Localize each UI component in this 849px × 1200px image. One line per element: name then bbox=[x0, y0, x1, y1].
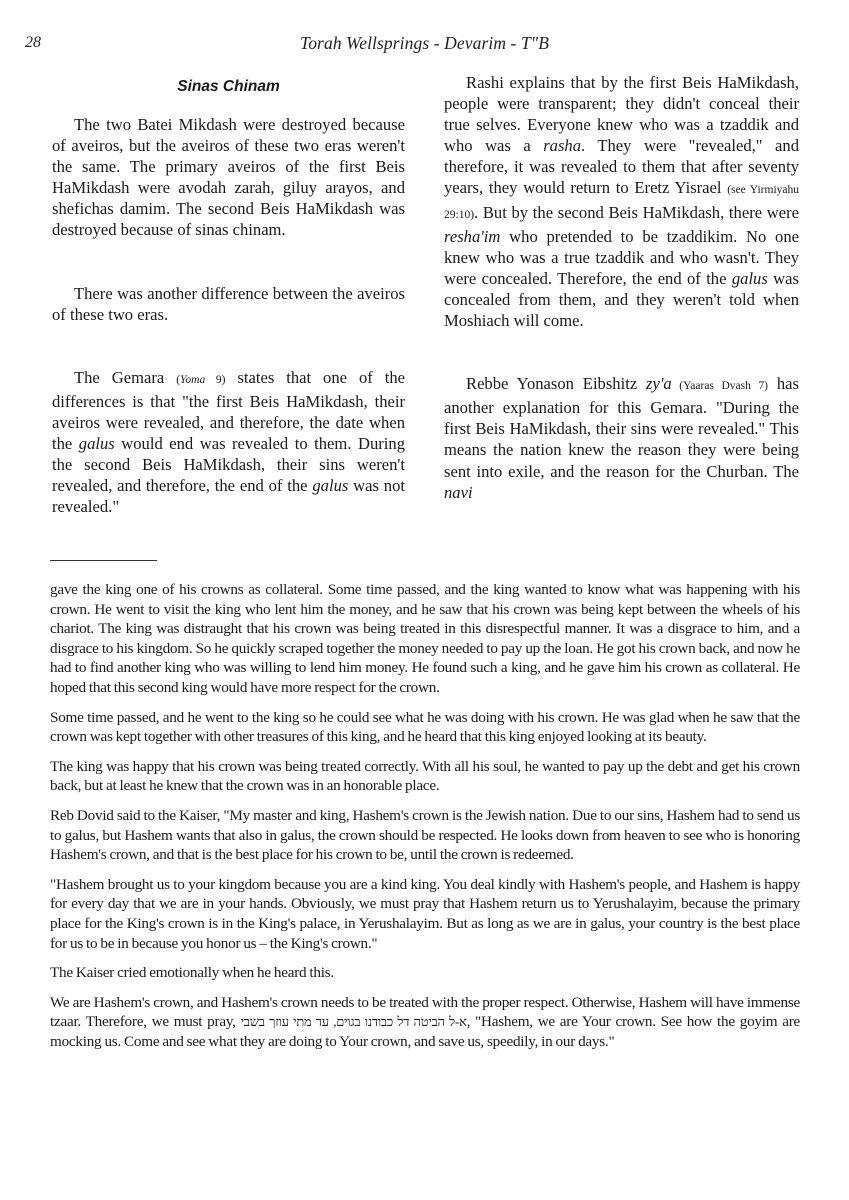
footnote-area: gave the king one of his crowns as colla… bbox=[50, 580, 800, 1061]
footnote-paragraph: gave the king one of his crowns as colla… bbox=[50, 580, 800, 698]
footnote-paragraph: Some time passed, and he went to the kin… bbox=[50, 708, 800, 747]
source-citation: (Yoma 9) bbox=[176, 374, 225, 386]
paragraph-gemara: The Gemara (Yoma 9) states that one of t… bbox=[52, 367, 405, 518]
source-title: Yoma bbox=[180, 374, 205, 386]
right-column: Rashi explains that by the first Beis Ha… bbox=[444, 72, 799, 503]
italic-term: galus bbox=[79, 434, 115, 453]
italic-term: rasha bbox=[543, 136, 581, 155]
paragraph-another-difference: There was another difference between the… bbox=[52, 283, 405, 325]
text-run: Rebbe Yonason Eibshitz bbox=[466, 374, 646, 393]
source-ref: 9) bbox=[205, 374, 225, 386]
paragraph-rashi: Rashi explains that by the first Beis Ha… bbox=[444, 72, 799, 331]
italic-term: resha'im bbox=[444, 227, 500, 246]
section-heading: Sinas Chinam bbox=[52, 76, 405, 97]
paragraph-two-batei-mikdash: The two Batei Mikdash were destroyed bec… bbox=[52, 114, 405, 241]
running-title: Torah Wellsprings - Devarim - T"B bbox=[0, 33, 849, 54]
left-column: Sinas Chinam The two Batei Mikdash were … bbox=[52, 72, 405, 517]
text-run: The Gemara bbox=[74, 368, 176, 387]
footnote-paragraph-final: We are Hashem's crown, and Hashem's crow… bbox=[50, 993, 800, 1052]
text-run: . But by the second Beis HaMikdash, ther… bbox=[474, 203, 799, 222]
italic-term: zy'a bbox=[646, 374, 672, 393]
footnote-paragraph: The king was happy that his crown was be… bbox=[50, 757, 800, 796]
italic-term: galus bbox=[312, 476, 348, 495]
paragraph-rebbe-yonason: Rebbe Yonason Eibshitz zy'a (Yaaras Dvas… bbox=[444, 373, 799, 503]
footnote-paragraph: The Kaiser cried emotionally when he hea… bbox=[50, 963, 800, 983]
footnote-paragraph: "Hashem brought us to your kingdom becau… bbox=[50, 875, 800, 953]
footnote-paragraph: Reb Dovid said to the Kaiser, "My master… bbox=[50, 806, 800, 865]
italic-term: galus bbox=[732, 269, 768, 288]
footnote-separator bbox=[50, 560, 157, 561]
hebrew-quote: א-ל הביטה דל כבודנו בגוים, עד מתי עוזך ב… bbox=[241, 1014, 467, 1029]
source-citation: (Yaaras Dvash 7) bbox=[672, 380, 768, 392]
italic-term: navi bbox=[444, 483, 473, 502]
